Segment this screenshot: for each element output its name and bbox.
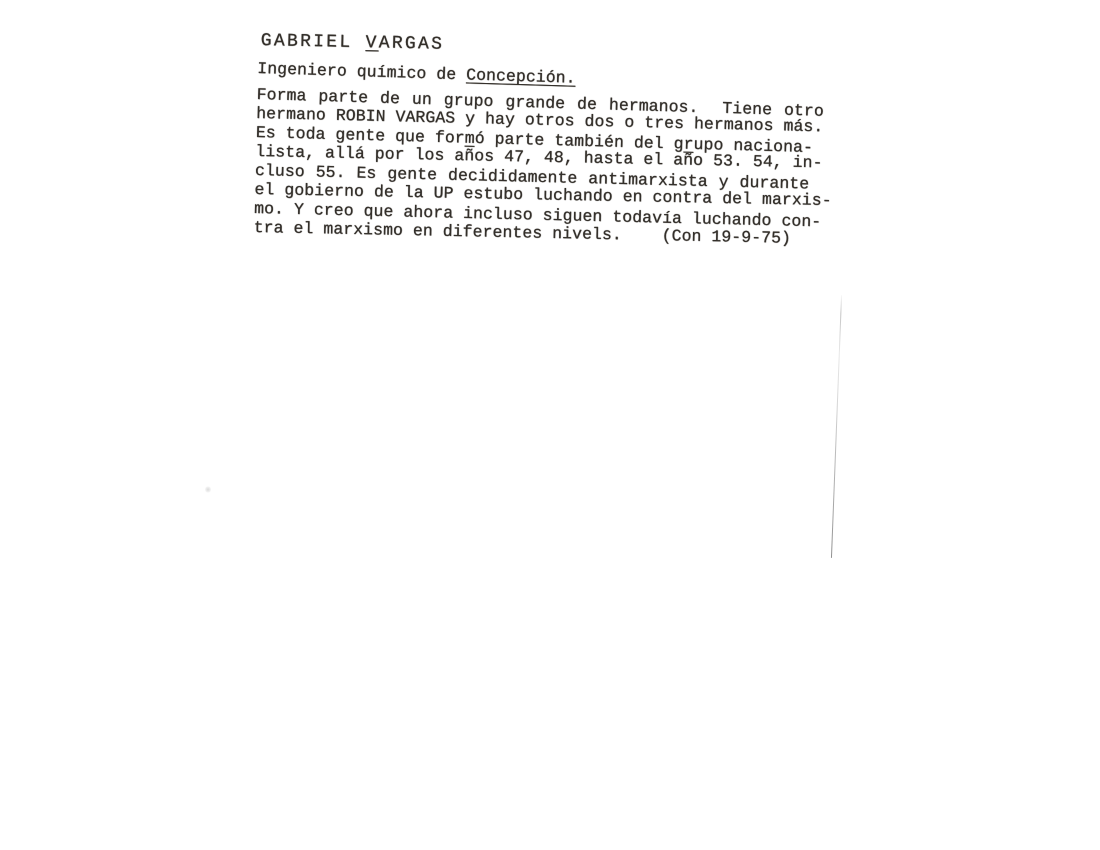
document-lines: Ingeniero químico de Concepción.Forma pa… <box>254 59 858 250</box>
underlined-text: Concepción. <box>466 65 576 87</box>
text-segment: Ingeniero químico de <box>257 59 466 84</box>
typewritten-text-block: GABRIEL VARGAS Ingeniero químico de Conc… <box>254 31 858 250</box>
underlined-text: m <box>464 129 474 148</box>
scanned-document-page: GABRIEL VARGAS Ingeniero químico de Conc… <box>0 0 1100 850</box>
scan-smudge-artifact <box>205 486 211 493</box>
underlined-text: V <box>365 33 379 53</box>
document-title: GABRIEL VARGAS <box>258 31 858 63</box>
text-segment: ARGAS <box>378 33 444 54</box>
text-segment: GABRIEL <box>261 31 366 53</box>
scan-crease-artifact <box>831 295 842 558</box>
